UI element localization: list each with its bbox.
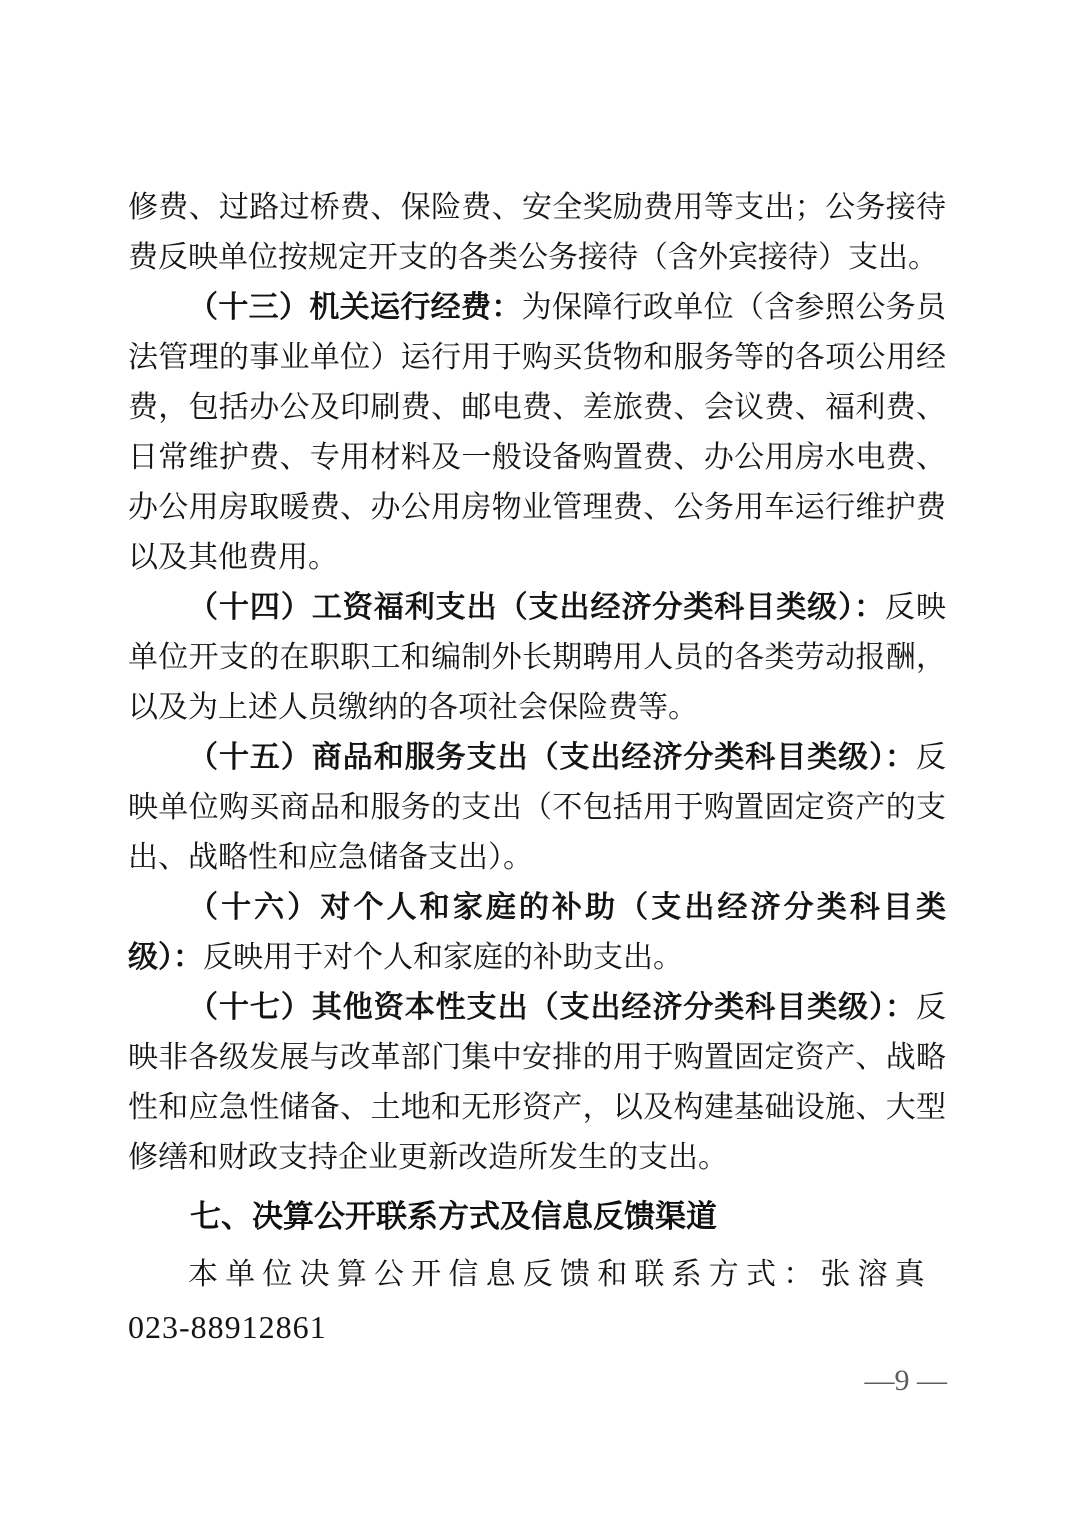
paragraph-item-15: （十五）商品和服务支出（支出经济分类科目类级）：反映单位购买商品和服务的支出（不…	[128, 733, 946, 883]
document-page: 修费、过路过桥费、保险费、安全奖励费用等支出；公务接待费反映单位按规定开支的各类…	[0, 0, 1075, 1520]
paragraph-item-14: （十四）工资福利支出（支出经济分类科目类级）：反映单位开支的在职职工和编制外长期…	[128, 583, 946, 733]
contact-line: 本单位决算公开信息反馈和联系方式：张溶真	[128, 1249, 946, 1301]
paragraph-text: 为保障行政单位（含参照公务员法管理的事业单位）运行用于购买货物和服务等的各项公用…	[128, 291, 946, 574]
paragraph-item-16: （十六）对个人和家庭的补助（支出经济分类科目类级）：反映用于对个人和家庭的补助支…	[128, 883, 946, 983]
paragraph-continuation: 修费、过路过桥费、保险费、安全奖励费用等支出；公务接待费反映单位按规定开支的各类…	[128, 183, 946, 283]
paragraph-item-13: （十三）机关运行经费：为保障行政单位（含参照公务员法管理的事业单位）运行用于购买…	[128, 283, 946, 583]
page-number: —9 —	[865, 1364, 948, 1398]
paragraph-text: 反映用于对个人和家庭的补助支出。	[203, 941, 683, 974]
paragraph-lead: （十七）其他资本性支出（支出经济分类科目类级）：	[188, 991, 916, 1024]
document-content: 修费、过路过桥费、保险费、安全奖励费用等支出；公务接待费反映单位按规定开支的各类…	[128, 183, 946, 1353]
paragraph-lead: （十三）机关运行经费：	[188, 291, 522, 324]
paragraph-lead: （十五）商品和服务支出（支出经济分类科目类级）：	[188, 741, 916, 774]
phone-number: 023-88912861	[128, 1301, 946, 1353]
paragraph-item-17: （十七）其他资本性支出（支出经济分类科目类级）：反映非各级发展与改革部门集中安排…	[128, 983, 946, 1183]
section-heading: 七、决算公开联系方式及信息反馈渠道	[128, 1191, 946, 1243]
paragraph-text: 修费、过路过桥费、保险费、安全奖励费用等支出；公务接待费反映单位按规定开支的各类…	[128, 191, 946, 274]
paragraph-lead: （十四）工资福利支出（支出经济分类科目类级）：	[188, 591, 885, 624]
